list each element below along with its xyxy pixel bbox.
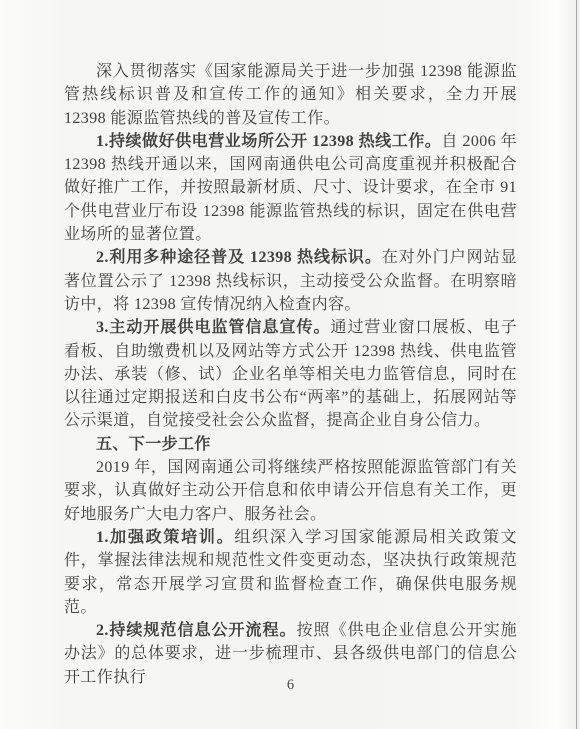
bold-text-segment: 2.利用多种途径普及 12398 热线标识。: [96, 249, 382, 266]
bold-text-segment: 2.持续规范信息公开流程。: [96, 622, 297, 639]
paragraph: 1.加强政策培训。组织深入学习国家能源局相关政策文件，掌握法律法规和规范性文件变…: [64, 526, 517, 619]
section-heading: 五、下一步工作: [64, 433, 517, 456]
bold-text-segment: 1.加强政策培训。: [96, 529, 234, 546]
paragraph: 深入贯彻落实《国家能源局关于进一步加强 12398 能源监管热线标识普及和宣传工…: [64, 60, 517, 130]
document-body: 深入贯彻落实《国家能源局关于进一步加强 12398 能源监管热线标识普及和宣传工…: [64, 60, 517, 689]
document-page: 深入贯彻落实《国家能源局关于进一步加强 12398 能源监管热线标识普及和宣传工…: [0, 0, 580, 729]
paragraph: 2.利用多种途径普及 12398 热线标识。在对外门户网站显著位置公示了 123…: [64, 246, 517, 316]
bold-text-segment: 五、下一步工作: [96, 436, 211, 453]
paragraph: 2019 年，国网南通公司将继续严格按照能源监管部门有关要求，认真做好主动公开信…: [64, 456, 517, 526]
text-segment: 深入贯彻落实《国家能源局关于进一步加强 12398 能源监管热线标识普及和宣传工…: [64, 63, 517, 127]
bold-text-segment: 1.持续做好供电营业场所公开 12398 热线工作。: [96, 133, 441, 150]
page-number: 6: [64, 677, 517, 694]
paragraph: 3.主动开展供电监管信息宣传。通过营业窗口展板、电子看板、自助缴费机以及网站等方…: [64, 316, 517, 432]
paragraph: 1.持续做好供电营业场所公开 12398 热线工作。自 2006 年 12398…: [64, 130, 517, 246]
bold-text-segment: 3.主动开展供电监管信息宣传。: [96, 319, 331, 336]
text-segment: 2019 年，国网南通公司将继续严格按照能源监管部门有关要求，认真做好主动公开信…: [64, 459, 517, 523]
scan-edge-artifact: [576, 0, 577, 729]
